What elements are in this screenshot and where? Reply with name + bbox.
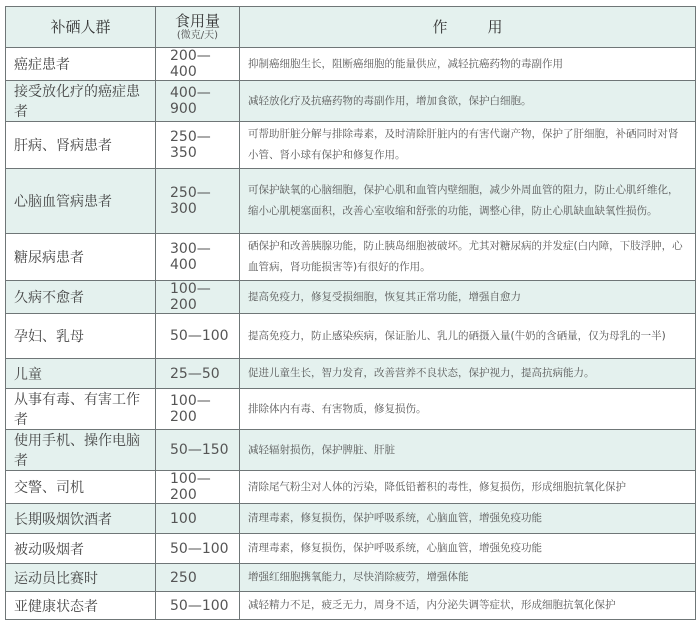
header-effect-label: 作用: [248, 18, 687, 36]
group-cell: 运动员比赛时: [6, 564, 156, 570]
effect-cell: 减轻放化疗及抗癌药物的毒副作用，增加食欲，保护白细胞。: [240, 81, 696, 122]
group-cell: 使用手机、操作电脑者: [6, 430, 156, 471]
effect-cell: 排除体内有毒、有害物质，修复损伤。: [240, 389, 696, 430]
effect-cell: 可保护缺氧的心脑细胞，保护心肌和血管内壁细胞，减少外周血管的阻力，防止心肌纤维化…: [240, 169, 696, 234]
effect-cell: 清理毒素，修复损伤，保护呼吸系统，心脑血管，增强免疫功能: [240, 504, 696, 534]
table-row: 运动员比赛时250增强红细胞携氧能力，尽快消除疲劳，增强体能: [6, 564, 696, 570]
amount-cell: 100: [156, 504, 240, 534]
header-amount: 食用量 (微克/天): [156, 7, 240, 48]
header-effect: 作用: [240, 7, 696, 48]
amount-cell: 100—200: [156, 389, 240, 430]
effect-cell: 清理毒素，修复损伤，保护呼吸系统，心脑血管，增强免疫功能: [240, 534, 696, 564]
group-cell: 心脑血管病患者: [6, 169, 156, 234]
table-row: 心脑血管病患者250—300可保护缺氧的心脑细胞，保护心肌和血管内壁细胞，减少外…: [6, 169, 696, 234]
amount-cell: 100—200: [156, 471, 240, 504]
header-group-label: 补硒人群: [14, 18, 147, 36]
amount-cell: 250—350: [156, 122, 240, 169]
table-row: 儿童25—50促进儿童生长，智力发育，改善营养不良状态，保护视力，提高抗病能力。: [6, 359, 696, 389]
table-row: 癌症患者200—400抑制癌细胞生长，阻断癌细胞的能量供应，减轻抗癌药物的毒副作…: [6, 48, 696, 81]
header-group: 补硒人群: [6, 7, 156, 48]
group-cell: 久病不愈者: [6, 281, 156, 314]
group-cell: 癌症患者: [6, 48, 156, 81]
table-row: 久病不愈者100—200提高免疫力，修复受损细胞，恢复其正常功能，增强自愈力: [6, 281, 696, 314]
amount-cell: 250—300: [156, 169, 240, 234]
group-cell: 长期吸烟饮酒者: [6, 504, 156, 534]
table-row: 肝病、肾病患者250—350可帮助肝脏分解与排除毒素，及时清除肝脏内的有害代谢产…: [6, 122, 696, 169]
selenium-table-container: 补硒人群 食用量 (微克/天) 作用 癌症患者200—400抑制癌细胞生长，阻断…: [5, 6, 695, 569]
table-row: 孕妇、乳母50—100提高免疫力，防止感染疾病，保证胎儿、乳儿的硒摄入量(牛奶的…: [6, 314, 696, 359]
table-row: 使用手机、操作电脑者50—150减轻辐射损伤，保护脾脏、肝脏: [6, 430, 696, 471]
effect-cell: 增强红细胞携氧能力，尽快消除疲劳，增强体能: [240, 564, 696, 570]
amount-cell: 250: [156, 564, 240, 570]
table-row: 从事有毒、有害工作者100—200排除体内有毒、有害物质，修复损伤。: [6, 389, 696, 430]
header-amount-unit: (微克/天): [164, 30, 231, 42]
group-cell: 儿童: [6, 359, 156, 389]
effect-cell: 清除尾气粉尘对人体的污染，降低铅蓄积的毒性，修复损伤，形成细胞抗氧化保护: [240, 471, 696, 504]
amount-cell: 50—100: [156, 314, 240, 359]
group-cell: 肝病、肾病患者: [6, 122, 156, 169]
effect-cell: 硒保护和改善胰腺功能，防止胰岛细胞被破坏。尤其对糖尿病的并发症(白内障，下肢浮肿…: [240, 234, 696, 281]
table-row: 接受放化疗的癌症患者400—900减轻放化疗及抗癌药物的毒副作用，增加食欲，保护…: [6, 81, 696, 122]
amount-cell: 50—100: [156, 534, 240, 564]
amount-cell: 100—200: [156, 281, 240, 314]
group-cell: 从事有毒、有害工作者: [6, 389, 156, 430]
amount-cell: 25—50: [156, 359, 240, 389]
effect-cell: 提高免疫力，防止感染疾病，保证胎儿、乳儿的硒摄入量(牛奶的含硒量，仅为母乳的一半…: [240, 314, 696, 359]
effect-cell: 提高免疫力，修复受损细胞，恢复其正常功能，增强自愈力: [240, 281, 696, 314]
table-row: 交警、司机100—200清除尾气粉尘对人体的污染，降低铅蓄积的毒性，修复损伤，形…: [6, 471, 696, 504]
amount-cell: 50—150: [156, 430, 240, 471]
group-cell: 接受放化疗的癌症患者: [6, 81, 156, 122]
amount-cell: 300—400: [156, 234, 240, 281]
header-amount-label: 食用量: [164, 12, 231, 30]
group-cell: 孕妇、乳母: [6, 314, 156, 359]
group-cell: 被动吸烟者: [6, 534, 156, 564]
group-cell: 交警、司机: [6, 471, 156, 504]
table-header-row: 补硒人群 食用量 (微克/天) 作用: [6, 7, 696, 48]
amount-cell: 200—400: [156, 48, 240, 81]
effect-cell: 可帮助肝脏分解与排除毒素，及时清除肝脏内的有害代谢产物，保护了肝细胞，补硒同时对…: [240, 122, 696, 169]
table-row: 被动吸烟者50—100清理毒素，修复损伤，保护呼吸系统，心脑血管，增强免疫功能: [6, 534, 696, 564]
effect-cell: 促进儿童生长，智力发育，改善营养不良状态，保护视力，提高抗病能力。: [240, 359, 696, 389]
table-row: 长期吸烟饮酒者100清理毒素，修复损伤，保护呼吸系统，心脑血管，增强免疫功能: [6, 504, 696, 534]
effect-cell: 减轻辐射损伤，保护脾脏、肝脏: [240, 430, 696, 471]
group-cell: 糖尿病患者: [6, 234, 156, 281]
selenium-supplement-table: 补硒人群 食用量 (微克/天) 作用 癌症患者200—400抑制癌细胞生长，阻断…: [5, 6, 696, 569]
effect-cell: 抑制癌细胞生长，阻断癌细胞的能量供应，减轻抗癌药物的毒副作用: [240, 48, 696, 81]
amount-cell: 400—900: [156, 81, 240, 122]
table-row: 糖尿病患者300—400硒保护和改善胰腺功能，防止胰岛细胞被破坏。尤其对糖尿病的…: [6, 234, 696, 281]
